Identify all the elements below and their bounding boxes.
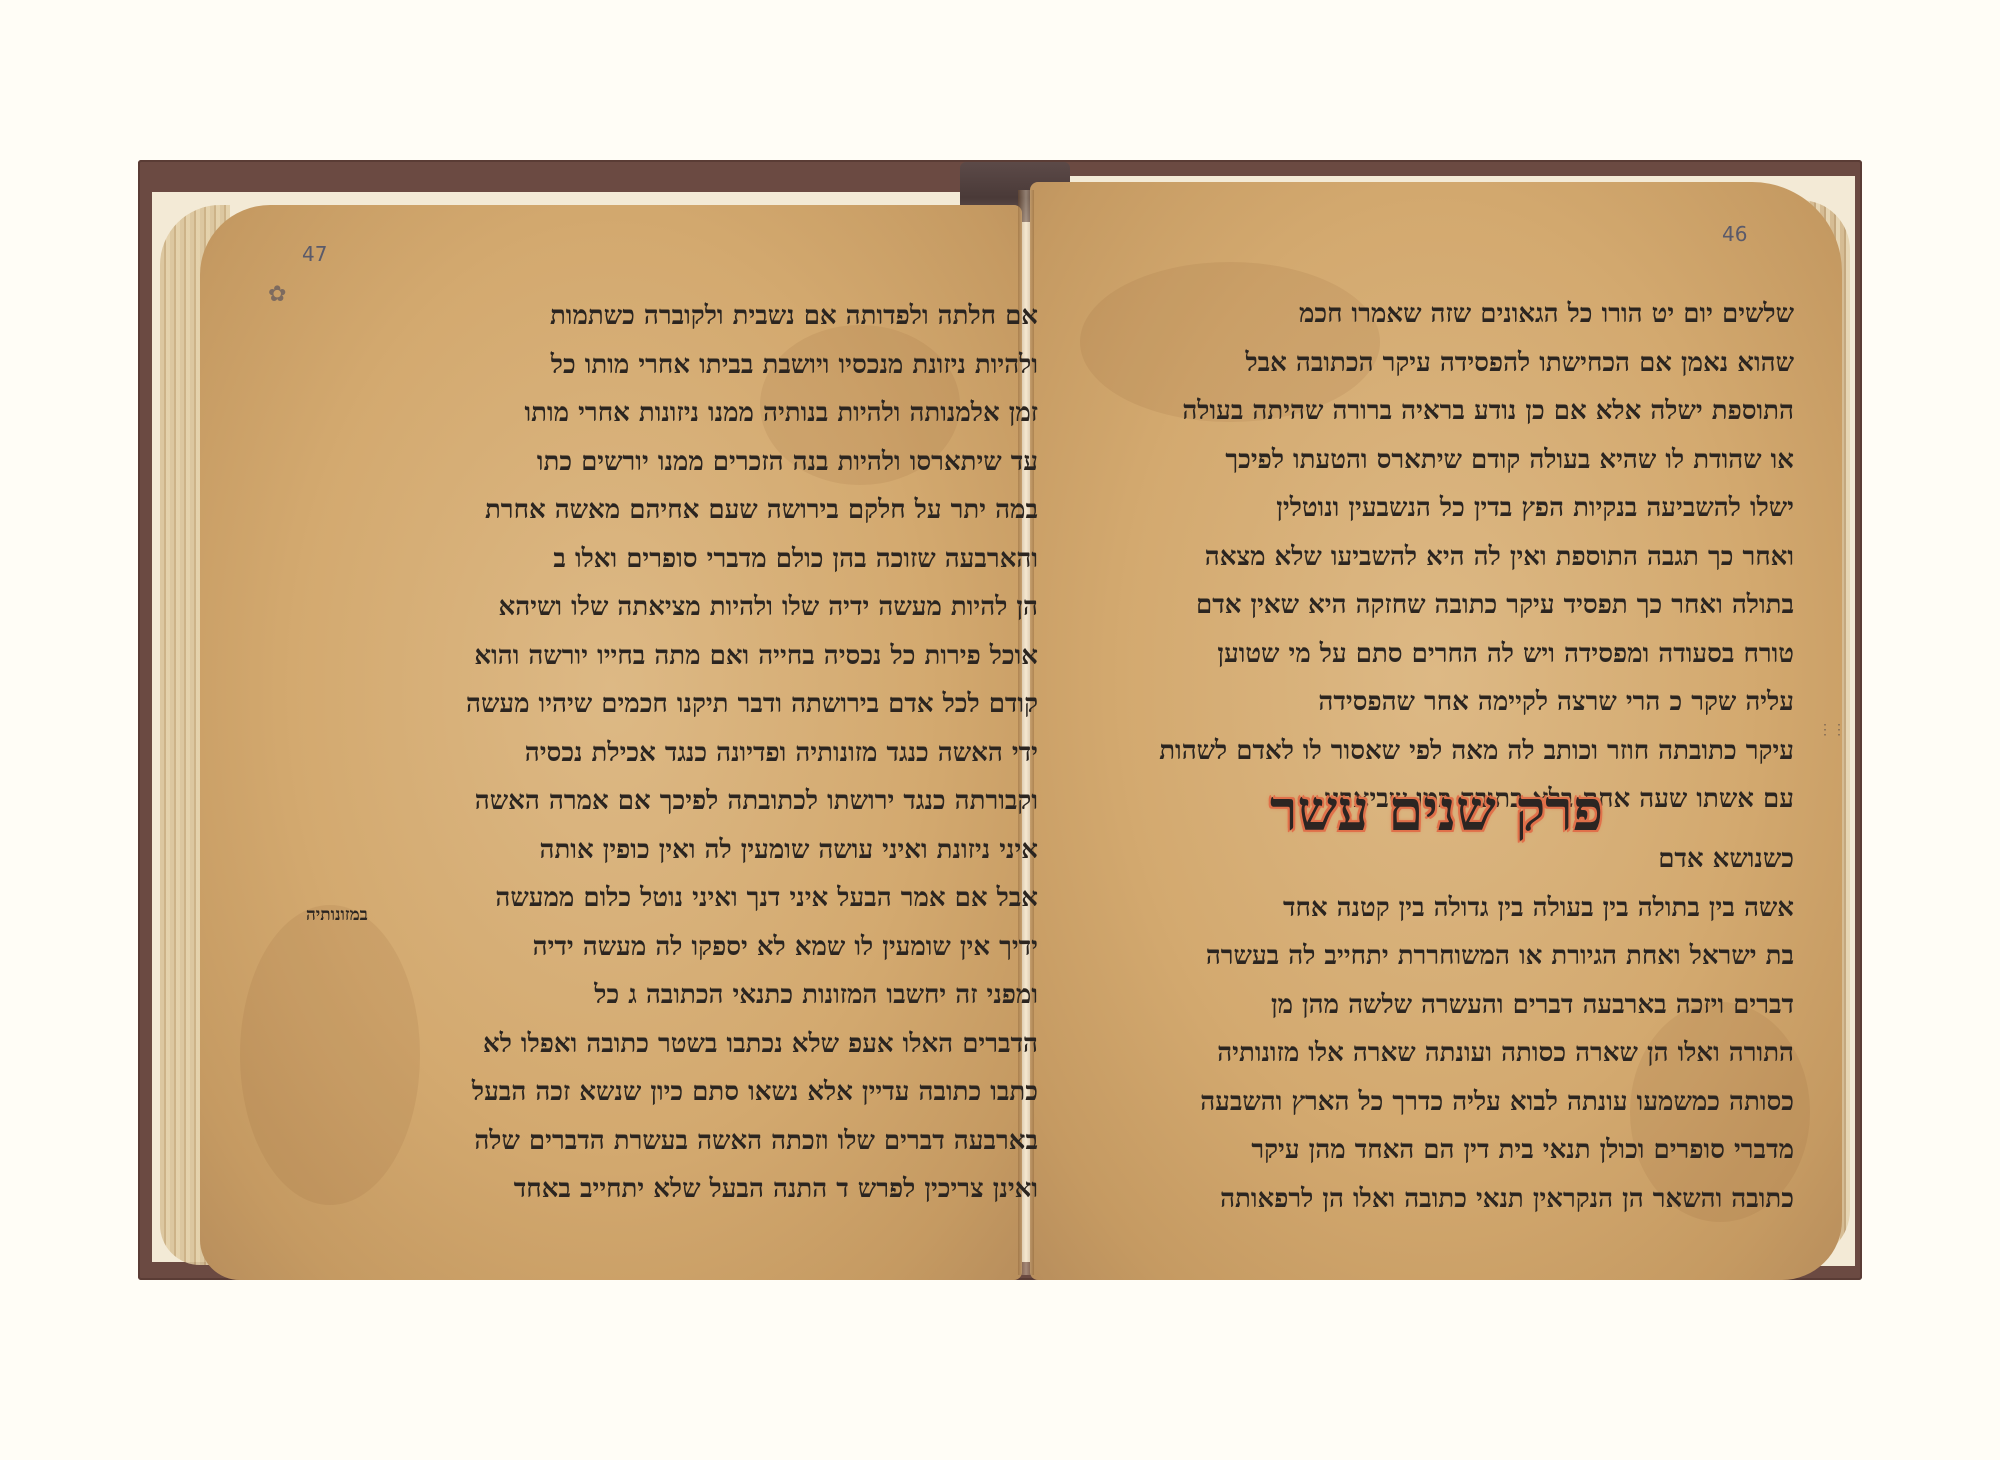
text-line: ידיך אין שומעין לו שמא לא יספקו לה מעשה … [318,923,1038,972]
text-line: דברים ויזכה בארבעה דברים והעשרה שלשה מהן… [1034,981,1794,1030]
text-line: שהוא נאמן אם הכחישתו להפסידה עיקר הכתובה… [1034,339,1794,388]
text-line: אשה בין בתולה בין בעולה בין גדולה בין קט… [1034,884,1794,933]
text-line: ישלו להשביעה בנקיות הפץ בדין כל הנשבעין … [1034,484,1794,533]
text-line: וקבורתה כנגד ירושתו לכתובתה לפיכך אם אמר… [318,777,1038,826]
text-line: או שהודת לו שהיא בעולה קודם שיתארס והטעת… [1034,436,1794,485]
left-page-text: אם חלתה ולפדותה אם נשבית ולקוברה כשתמות … [318,292,1038,1214]
text-line: ומפני זה יחשבו המזונות כתנאי הכתובה ג כל [318,971,1038,1020]
marginal-dots: ⋮⋮ [1818,722,1846,738]
folio-number-right: 46 [1722,222,1747,246]
text-line: בתולה ואחר כך תפסיד עיקר כתובה שחזקה היא… [1034,581,1794,630]
text-line: עד שיתארסו ולהיות בנה הזכרים ממנו יורשים… [318,438,1038,487]
text-line: ואינן צריכין לפרש ד התנה הבעל שלא יתחייב… [318,1165,1038,1214]
text-line: שלשים יום יט הורו כל הגאונים שזה שאמרו ח… [1034,290,1794,339]
text-line: עליה שקר כ הרי שרצה לקיימה אחר שהפסידה [1034,678,1794,727]
text-line: ואחר כך תגבה התוספת ואין לה היא להשביעו … [1034,533,1794,582]
marginal-note-left: במזונותיה [306,905,368,925]
text-line: כתובה והשאר הן הנקראין תנאי כתובה ואלו ה… [1034,1175,1794,1224]
text-line: קודם לכל אדם בירושתה ודבר תיקנו חכמים שי… [318,680,1038,729]
text-line: טורח בסעודה ומפסידה ויש לה החרים סתם על … [1034,630,1794,679]
text-line: התורה ואלו הן שארה כסותה ועונתה שארה אלו… [1034,1029,1794,1078]
text-line: מדברי סופרים וכולן תנאי בית דין הם האחד … [1034,1126,1794,1175]
text-line: אוכל פירות כל נכסיה בחייה ואם מתה בחייו … [318,632,1038,681]
text-line: עיקר כתובתה חוזר וכותב לה מאה לפי שאסור … [1034,727,1794,776]
text-line: והארבעה שזוכה בהן כולם מדברי סופרים ואלו… [318,535,1038,584]
text-line: כתבו כתובה עדיין אלא נשאו סתם כיון שנשא … [318,1068,1038,1117]
text-line: ולהיות ניזונת מנכסיו ויושבת בביתו אחרי מ… [318,341,1038,390]
folio-number-left: 47 [302,242,327,266]
text-line: בארבעה דברים שלו וזכתה האשה בעשרת הדברים… [318,1117,1038,1166]
text-line: ידי האשה כנגד מזונותיה ופדיונה כנגד אכיל… [318,729,1038,778]
text-line: זמן אלמנותה ולהיות בנותיה ממנו ניזונות א… [318,389,1038,438]
text-line: הדברים האלו אעפ שלא נכתבו בשטר כתובה ואפ… [318,1020,1038,1069]
text-line: אבל אם אמר הבעל איני דנך ואיני נוטל כלום… [318,874,1038,923]
text-line: במה יתר על חלקם בירושה שעם אחיהם מאשה אח… [318,486,1038,535]
right-page-text: שלשים יום יט הורו כל הגאונים שזה שאמרו ח… [1034,290,1794,1223]
text-line: בת ישראל ואחת הגיורת או המשוחררת יתחייב … [1034,932,1794,981]
text-line: התוספת ישלה אלא אם כן נודע בראיה ברורה ש… [1034,387,1794,436]
text-line: הן להיות מעשה ידיה שלו ולהיות מציאתה שלו… [318,583,1038,632]
flower-ornament-icon: ✿ [268,282,286,307]
text-line: איני ניזונת ואיני עושה שומעין לה ואין כו… [318,826,1038,875]
text-line: אם חלתה ולפדותה אם נשבית ולקוברה כשתמות [318,292,1038,341]
text-line: כסותה כמשמעו עונתה לבוא עליה כדרך כל האר… [1034,1078,1794,1127]
chapter-heading: פרק שנים עשר [1270,778,1603,844]
